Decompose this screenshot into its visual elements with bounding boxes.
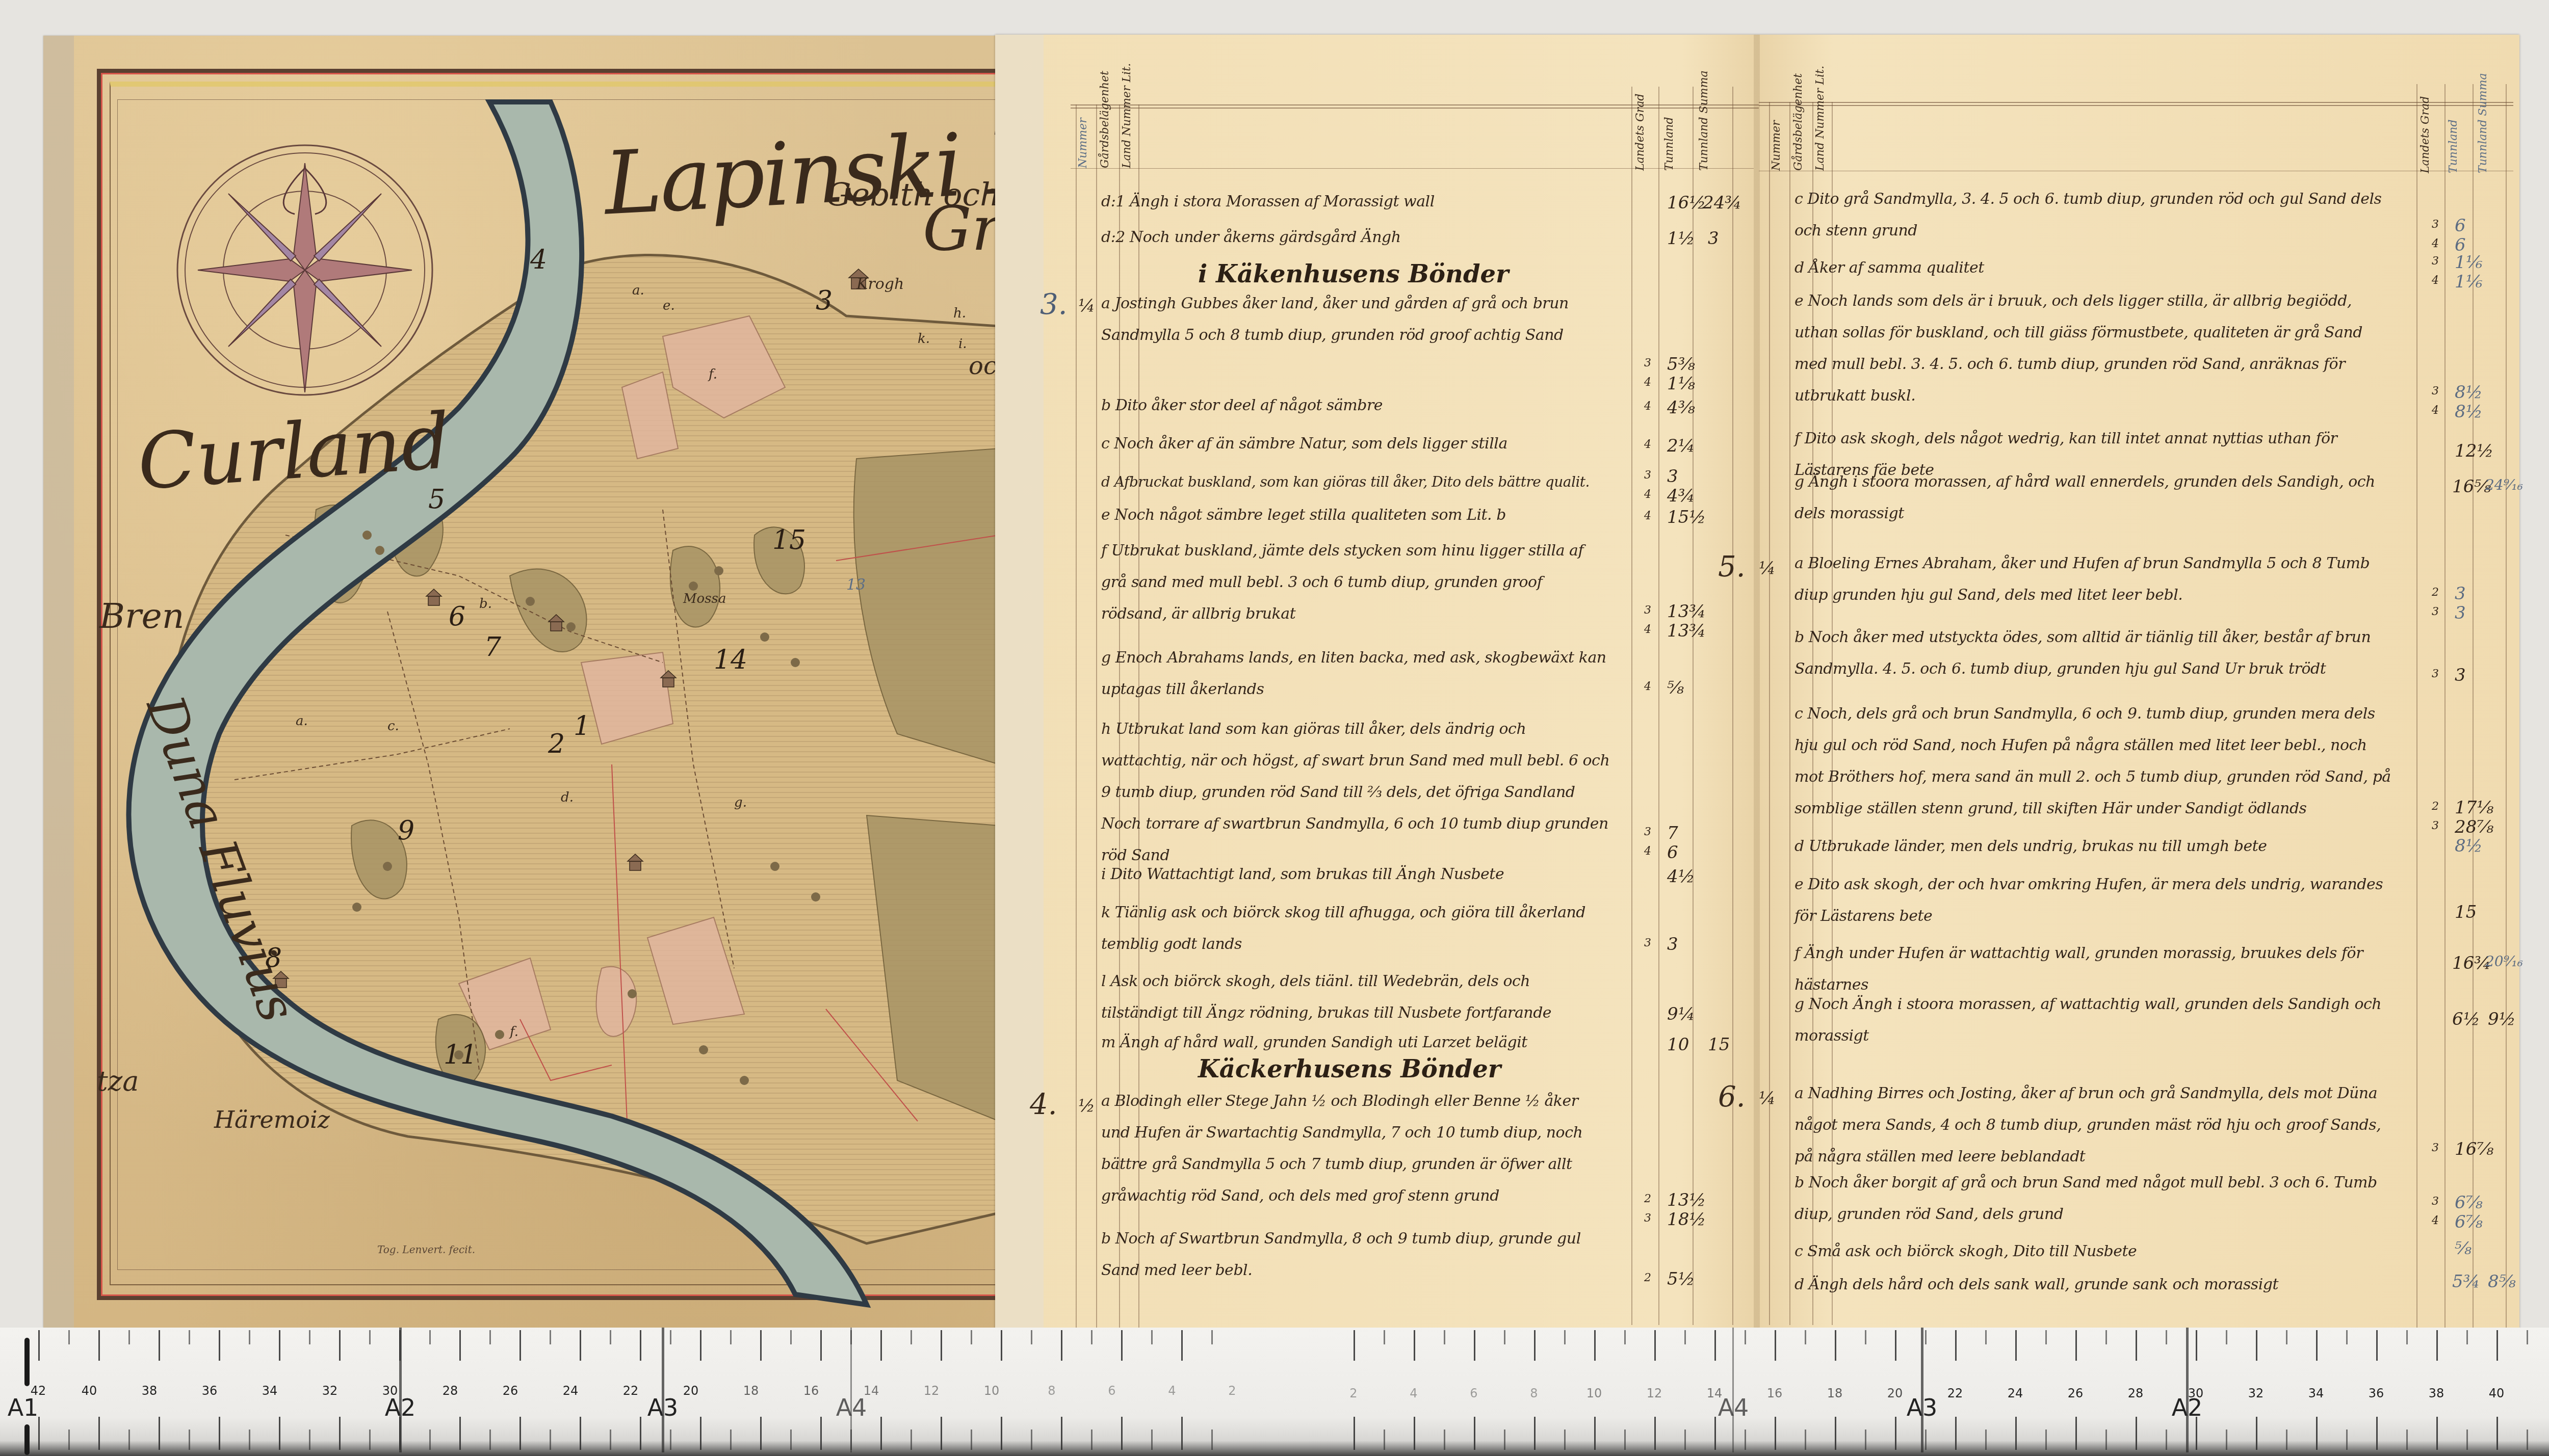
entry-area: 3: [2455, 665, 2466, 685]
ruler-tick-label: 4: [1410, 1386, 1417, 1400]
ruler-tick: [2045, 1429, 2047, 1450]
ruler-tick: [610, 1429, 611, 1450]
ruler-tick: [2166, 1330, 2167, 1344]
ruler-tick: [1835, 1330, 1836, 1361]
ruler-tick: [2406, 1429, 2408, 1450]
ruler-tick: [1061, 1417, 1062, 1450]
ruler-tick: [219, 1417, 220, 1450]
entry-number: 3.: [1040, 288, 1067, 321]
right-page-header-bottom-rule: [1759, 171, 2513, 171]
entry-lit: a: [1101, 1092, 1110, 1110]
entry-sum: 9½: [2488, 1009, 2516, 1029]
entry-text: Dito åker stor deel af något sämbre: [1115, 396, 1383, 414]
ruler-tick: [1001, 1330, 1002, 1361]
ruler-tick: [790, 1330, 792, 1344]
entry-lit: l: [1101, 972, 1106, 990]
ruler-tick: [219, 1330, 220, 1361]
ruler-tick: [459, 1417, 461, 1450]
ruler-tick: [1654, 1417, 1656, 1450]
parcel-number: 3: [816, 285, 833, 316]
ruler-tick: [2226, 1330, 2227, 1344]
column-header-summa: Tunnland Summa: [1698, 70, 1710, 171]
entry-grade: 2: [1644, 1272, 1651, 1284]
ruler-tick: [1504, 1330, 1505, 1344]
ruler-tick-label: 30: [2188, 1386, 2204, 1400]
ruler-tick: [1474, 1417, 1475, 1450]
ruler-tick: [1714, 1330, 1716, 1361]
ruler-tick: [1414, 1330, 1415, 1361]
ruler-tick: [760, 1330, 762, 1361]
ruler-tick-label: 14: [864, 1384, 879, 1398]
place-label-mossa: Mossa: [683, 591, 726, 606]
entry-area: 2¼: [1667, 436, 1695, 456]
entry-grade: 3: [2432, 1142, 2439, 1154]
entry-area: 6½: [2452, 1009, 2480, 1029]
entry-lit: d:2: [1101, 228, 1125, 246]
entry-grade: 3: [2432, 605, 2439, 618]
entry-area: 1½: [1667, 228, 1695, 249]
parcel-number: 4: [530, 245, 547, 275]
ruler-tick-label: 18: [1827, 1386, 1843, 1400]
ruler-tick: [1564, 1429, 1566, 1450]
ruler-tick-label: 24: [563, 1384, 579, 1398]
entry-area: 28⅞: [2455, 817, 2493, 837]
entry-area: 16⅞: [2455, 1139, 2493, 1159]
entry-text: Små ask och biörck skogh, Dito till Nusb…: [1807, 1242, 2137, 1260]
parcel-letter: d.: [561, 790, 574, 805]
ruler-tick: [640, 1417, 641, 1450]
entry-lit: f: [1101, 542, 1107, 560]
entry-lit: d: [1101, 473, 1110, 490]
entry-lit: g: [1794, 473, 1804, 491]
ruler-tick: [911, 1429, 912, 1450]
entry-text: Noch något sämbre leget stilla qualitete…: [1114, 506, 1506, 524]
ruler-tick: [1354, 1417, 1355, 1450]
entry-text: Noch Ängh i stoora morassen, af wattacht…: [1794, 995, 2381, 1045]
ledger-entry: d Afbruckat buskland, som kan giöras til…: [1101, 464, 1590, 500]
entry-area: 13¾: [1667, 621, 1706, 641]
ruler-tick: [1684, 1429, 1686, 1450]
ruler-tick: [1061, 1330, 1062, 1361]
entry-grade: 3: [2432, 668, 2439, 680]
ruler-tick: [1925, 1330, 1927, 1344]
ruler-tick: [790, 1429, 792, 1450]
ruler-tick: [2286, 1429, 2287, 1450]
entry-grade: 3: [2432, 218, 2439, 231]
entry-text: Tiänlig ask och biörck skog till afhugga…: [1101, 904, 1585, 953]
ruler-tick: [2136, 1330, 2137, 1361]
ruler-tick: [2527, 1429, 2528, 1450]
column-header-grad: Landets Grad: [1634, 94, 1647, 171]
entry-lit: f: [1794, 944, 1800, 962]
ruler-tick: [1504, 1429, 1505, 1450]
ruler-tick: [670, 1429, 671, 1450]
entry-area: 8½: [2455, 836, 2483, 856]
ruler-tick: [550, 1429, 551, 1450]
right-page-header-rule: [1759, 102, 2513, 106]
ruler-tick: [1835, 1417, 1836, 1450]
ruler-tick: [2316, 1417, 2318, 1450]
ruler-tick: [2466, 1330, 2468, 1344]
ruler-tick: [941, 1417, 942, 1450]
left-page-header-bottom-rule: [1071, 168, 1754, 169]
ruler-tick: [1181, 1417, 1183, 1450]
entry-grade: 4: [1644, 400, 1651, 413]
entry-grade: 4: [1644, 623, 1651, 636]
ruler-tick: [1624, 1330, 1626, 1344]
ledger-entry: l Ask och biörck skogh, dels tiänl. till…: [1101, 966, 1611, 1029]
entry-area: 6⅞: [2455, 1212, 2483, 1232]
ruler-tick: [2226, 1429, 2227, 1450]
entry-area: ⅝: [2455, 1238, 2472, 1259]
left-page-header-rule: [1071, 104, 1759, 109]
ledger-entry: b Noch åker borgit af grå och brun Sand …: [1794, 1167, 2396, 1230]
ruler-tick-label: 2: [1349, 1386, 1357, 1400]
ruler-tick: [580, 1330, 581, 1361]
entry-share: ¼: [1759, 1088, 1776, 1108]
left-page-col-rule: [1732, 87, 1733, 1325]
ruler-tick: [1151, 1429, 1153, 1450]
ruler-tick: [2075, 1330, 2077, 1361]
ruler-tick-label: 22: [623, 1384, 639, 1398]
entry-lit: g: [1794, 995, 1804, 1013]
ruler-tick-label: 6: [1108, 1384, 1115, 1398]
entry-area: 3: [1667, 466, 1678, 487]
entry-grade: 4: [2432, 274, 2439, 287]
entry-grade: 3: [2432, 819, 2439, 832]
ruler-tick: [1354, 1330, 1355, 1361]
parcel-letter: b.: [479, 596, 492, 612]
parcel-number: 14: [714, 645, 747, 675]
entry-area: 4⅜: [1667, 398, 1695, 418]
ruler-tick-label: 38: [142, 1384, 158, 1398]
ruler-tick: [820, 1330, 822, 1361]
entry-area: 3: [2455, 603, 2466, 623]
ruler-tick-label: 42: [31, 1384, 46, 1398]
entry-grade: 3: [1644, 1212, 1651, 1225]
ruler-tick-label: 8: [1530, 1386, 1538, 1400]
region-label-bren: Bren: [99, 596, 185, 637]
entry-text: Blodingh eller Stege Jahn ½ och Blodingh…: [1101, 1092, 1582, 1205]
column-header-tunnland: Tunnland: [1663, 117, 1676, 171]
section-heading: Käckerhusens Bönder: [1198, 1055, 1501, 1083]
entry-text: Noch lands som dels är i bruuk, och dels…: [1794, 292, 2362, 405]
ruler-tick: [519, 1417, 521, 1450]
ledger-entry: d Åker af samma qualitet: [1794, 250, 1984, 286]
ruler-tick: [2015, 1330, 2017, 1361]
entry-text: Ängh i stoora morassen, af hård wall enn…: [1794, 473, 2375, 522]
ruler-tick-label: 2: [1228, 1384, 1236, 1398]
ruler-tick: [1805, 1429, 1806, 1450]
ruler-tick: [2316, 1330, 2318, 1361]
ruler-tick: [2256, 1330, 2257, 1361]
entry-lit: d: [1794, 837, 1804, 855]
entry-area: 15: [2455, 902, 2477, 922]
measuring-ruler: A1 A2 A3 A4 A4 A3 A2 A1 42 40 38 36 34 3…: [0, 1328, 2549, 1456]
section-heading: i Käkenhusens Bönder: [1198, 260, 1508, 288]
entry-lit: h: [1101, 720, 1111, 738]
entry-text: Nadhing Birres och Josting, åker af brun…: [1794, 1084, 2381, 1166]
ruler-tick: [309, 1330, 310, 1344]
ledger-entry: c Noch, dels grå och brun Sandmylla, 6 o…: [1794, 698, 2396, 825]
ruler-tick: [1091, 1429, 1093, 1450]
left-page-col-rule: [1096, 104, 1097, 1328]
entry-grade: 4: [2432, 237, 2439, 250]
parcel-letter: k.: [918, 331, 930, 347]
entry-number: 5.: [1718, 550, 1745, 584]
ruler-tick: [1865, 1429, 1866, 1450]
parcel-number: 15: [772, 525, 806, 555]
ruler-tick: [1745, 1429, 1746, 1450]
ruler-tick: [2105, 1330, 2107, 1344]
ruler-tick: [159, 1417, 160, 1450]
entry-area: 6: [2455, 216, 2466, 236]
ruler-tick: [1534, 1330, 1536, 1361]
ruler-tick: [1121, 1330, 1123, 1361]
ledger-entry: e Dito ask skogh, der och hvar omkring H…: [1794, 869, 2396, 932]
entry-lit: g: [1101, 649, 1111, 667]
entry-sum: 24⁹⁄₁₆: [2485, 476, 2523, 493]
ruler-tick-label: 20: [683, 1384, 699, 1398]
land-peninsula: [163, 255, 999, 1243]
ruler-tick: [339, 1330, 341, 1361]
entry-share: ¼: [1078, 296, 1095, 316]
entry-area: 9¼: [1667, 1004, 1695, 1024]
ruler-tick-label: 10: [984, 1384, 1000, 1398]
ruler-tick: [880, 1417, 882, 1450]
ledger-entry: g Noch Ängh i stoora morassen, af wattac…: [1794, 989, 2396, 1052]
entry-sum: 8⅝: [2488, 1272, 2516, 1292]
ledger-entry: i Dito Wattachtigt land, som brukas till…: [1101, 856, 1504, 893]
ledger-entry: d:2 Noch under åkerns gärdsgård Ängh: [1101, 219, 1401, 256]
ruler-tick: [38, 1330, 40, 1361]
entry-text: Ask och biörck skogh, dels tiänl. till W…: [1101, 972, 1551, 1022]
ruler-tick: [2436, 1330, 2438, 1361]
ruler-tick: [1805, 1330, 1806, 1344]
ruler-paper-label: A1: [8, 1394, 39, 1421]
ruler-tick: [1444, 1330, 1445, 1344]
entry-grade: 4: [1644, 680, 1651, 693]
ruler-tick: [1775, 1330, 1776, 1361]
entry-area: 18½: [1667, 1209, 1706, 1230]
ruler-tick-label: 16: [1767, 1386, 1783, 1400]
ruler-tick: [429, 1429, 431, 1450]
entry-lit: b: [1101, 1230, 1111, 1248]
entry-sum: 3: [1708, 228, 1719, 249]
ruler-tick: [68, 1330, 70, 1344]
entry-area: 13½: [1667, 1190, 1706, 1210]
entry-area: 5¾: [2452, 1272, 2480, 1292]
ruler-tick: [1151, 1330, 1153, 1344]
column-header-nummer: Nummer: [1770, 120, 1783, 171]
entry-area: 16½: [1667, 193, 1706, 213]
entry-grade: 4: [1644, 376, 1651, 389]
ruler-tick: [459, 1330, 461, 1361]
entry-area: 3: [1667, 934, 1678, 955]
ruler-tick: [128, 1330, 130, 1344]
ruler-tick: [850, 1330, 852, 1344]
right-page-col-rule: [2506, 84, 2507, 1328]
entry-text: Utbrukade länder, men dels undrig, bruka…: [1809, 837, 2267, 855]
ruler-tick: [2196, 1417, 2197, 1450]
ruler-tick: [1895, 1330, 1896, 1361]
ruler-tick: [189, 1429, 190, 1450]
ruler-tick-label: 6: [1470, 1386, 1477, 1400]
ruler-tick: [429, 1330, 431, 1344]
ruler-tick: [159, 1330, 160, 1361]
ruler-tick: [1955, 1330, 1957, 1361]
ledger-entry: k Tiänlig ask och biörck skog till afhug…: [1101, 897, 1611, 960]
entry-area: 3: [2455, 584, 2466, 604]
ruler-tick: [2015, 1417, 2017, 1450]
ruler-tick: [489, 1330, 491, 1344]
parcel-number: 8: [265, 943, 282, 973]
ruler-a1-marker-left: [24, 1338, 30, 1386]
entry-text: Utbrukat land som kan giöras till åker, …: [1101, 720, 1609, 864]
ruler-tick: [730, 1330, 732, 1344]
entry-grade: 3: [1644, 357, 1651, 369]
ledger-entry: a Jostingh Gubbes åker land, åker und gå…: [1101, 288, 1611, 351]
column-header-gardsbelagenhet: Gårdsbelägenhet: [1792, 73, 1805, 171]
entry-area: 6: [1667, 842, 1678, 863]
entry-lit: b: [1794, 628, 1804, 646]
entry-text: Ängh dels hård och dels sank wall, grund…: [1809, 1276, 2278, 1293]
entry-lit: c: [1794, 190, 1803, 208]
entry-area: 8½: [2455, 382, 2483, 403]
ruler-tick-label: 36: [202, 1384, 218, 1398]
entry-lit: c: [1101, 435, 1109, 453]
ruler-tick-label: 12: [1647, 1386, 1662, 1400]
ledger-entry: c Små ask och biörck skogh, Dito till Nu…: [1794, 1233, 2137, 1270]
entry-grade: 4: [1644, 438, 1651, 451]
entry-grade: 3: [2432, 385, 2439, 398]
entry-text: Dito grå Sandmylla, 3. 4. 5 och 6. tumb …: [1794, 190, 2381, 240]
parcel-number: 13: [846, 576, 866, 594]
ledger-entry: g Enoch Abrahams lands, en liten backa, …: [1101, 642, 1611, 705]
entry-area: 1⅙: [2455, 252, 2483, 273]
entry-text: Enoch Abrahams lands, en liten backa, me…: [1101, 649, 1606, 698]
entry-text: Noch af Swartbrun Sandmylla, 8 och 9 tum…: [1101, 1230, 1581, 1279]
entry-sum: 24¾: [1703, 193, 1741, 213]
ledger-entry: d Ängh dels hård och dels sank wall, gru…: [1794, 1266, 2278, 1303]
entry-grade: 4: [2432, 404, 2439, 417]
ruler-divider: [1732, 1328, 1734, 1452]
ruler-tick-label: 34: [262, 1384, 278, 1398]
entry-lit: d: [1794, 259, 1804, 277]
ledger-entry: b Noch åker med utstyckta ödes, som allt…: [1794, 622, 2396, 685]
entry-area: 4¾: [1667, 486, 1695, 506]
ruler-tick-label: 14: [1707, 1386, 1723, 1400]
ledger-entry: g Ängh i stoora morassen, af hård wall e…: [1794, 466, 2396, 530]
parcel-number: 11: [444, 1040, 477, 1070]
ruler-tick: [2496, 1417, 2498, 1450]
parcel-letter: e.: [663, 298, 675, 313]
ledger-entry: e Noch något sämbre leget stilla qualite…: [1101, 497, 1506, 534]
entry-text: Åker af samma qualitet: [1809, 259, 1984, 277]
ruler-tick: [850, 1429, 852, 1450]
ruler-tick: [519, 1330, 521, 1361]
ruler-tick: [820, 1417, 822, 1450]
parcel-letter: c.: [387, 719, 399, 734]
ruler-tick: [489, 1429, 491, 1450]
ruler-tick-label: 32: [322, 1384, 338, 1398]
surveyor-signature: Tog. Lenvert. fecit.: [377, 1243, 475, 1256]
entry-grade: 2: [1644, 1193, 1651, 1205]
column-header-summa: Tunnland Summa: [2477, 73, 2489, 173]
parcel-number: 1: [574, 711, 590, 742]
ruler-tick-label: 38: [2429, 1386, 2444, 1400]
left-page-col-rule: [1631, 87, 1632, 1325]
ruler-tick-label: 26: [503, 1384, 518, 1398]
entry-text: Dito Wattachtigt land, som brukas till Ä…: [1110, 865, 1504, 883]
ruler-tick: [189, 1330, 190, 1344]
ruler-tick-label: 34: [2308, 1386, 2324, 1400]
ruler-tick: [1031, 1330, 1032, 1344]
ruler-tick: [1414, 1417, 1415, 1450]
ruler-tick: [1594, 1330, 1596, 1361]
ruler-tick-label: 16: [803, 1384, 819, 1398]
ruler-tick: [2105, 1429, 2107, 1450]
entry-grade: 4: [1644, 488, 1651, 501]
entry-share: ¼: [1759, 558, 1776, 578]
ruler-divider: [1921, 1328, 1923, 1452]
ruler-tick: [1211, 1429, 1213, 1450]
entry-text: Noch, dels grå och brun Sandmylla, 6 och…: [1794, 705, 2391, 817]
ruler-tick-label: 8: [1048, 1384, 1055, 1398]
ledger-entry: b Dito åker stor deel af något sämbre: [1101, 387, 1383, 424]
entry-lit: a: [1794, 554, 1803, 572]
entry-area: 5⅜: [1667, 354, 1695, 375]
entry-text: Noch åker af än sämbre Natur, som dels l…: [1114, 435, 1507, 453]
ruler-tick: [2527, 1330, 2528, 1344]
ruler-tick: [1211, 1330, 1213, 1344]
ledger-entry: c Noch åker af än sämbre Natur, som dels…: [1101, 426, 1507, 462]
ruler-tick: [1594, 1417, 1596, 1450]
ruler-tick: [2346, 1429, 2348, 1450]
ruler-tick: [2406, 1330, 2408, 1344]
parcel-number: 7: [484, 632, 501, 663]
ruler-tick: [911, 1330, 912, 1344]
ruler-tick-label: 28: [2128, 1386, 2144, 1400]
ruler-tick: [700, 1417, 701, 1450]
entry-text: Noch under åkerns gärdsgård Ängh: [1130, 228, 1401, 246]
entry-area: 4½: [1667, 866, 1695, 887]
parcel-number: 6: [449, 601, 465, 632]
entry-text: Ängh af hård wall, grunden Sandigh uti L…: [1120, 1034, 1527, 1051]
region-label-tza: tza: [97, 1065, 139, 1097]
ruler-tick: [880, 1330, 882, 1361]
ledger-entry: f Utbrukat buskland, jämte dels stycken …: [1101, 535, 1611, 630]
entry-lit: a: [1101, 295, 1110, 312]
right-page-col-rule: [1789, 102, 1790, 1325]
ruler-tick: [369, 1429, 371, 1450]
entry-area: 1⅛: [1667, 374, 1695, 394]
entry-lit: c: [1794, 705, 1803, 723]
ruler-tick: [1444, 1429, 1445, 1450]
ruler-tick: [2075, 1417, 2077, 1450]
ledger-entry: h Utbrukat land som kan giöras till åker…: [1101, 713, 1611, 871]
entry-grade: 3: [1644, 604, 1651, 617]
entry-sum: 15: [1708, 1035, 1730, 1055]
ruler-tick-label: 20: [1887, 1386, 1903, 1400]
ruler-tick: [2166, 1429, 2167, 1450]
entry-text: Afbruckat buskland, som kan giöras till …: [1114, 473, 1590, 490]
entry-grade: 4: [1644, 845, 1651, 858]
entry-sum: 20⁹⁄₁₆: [2485, 953, 2523, 970]
ruler-tick: [38, 1417, 40, 1450]
entry-lit: b: [1101, 396, 1111, 414]
parcel-number: 9: [398, 815, 414, 846]
